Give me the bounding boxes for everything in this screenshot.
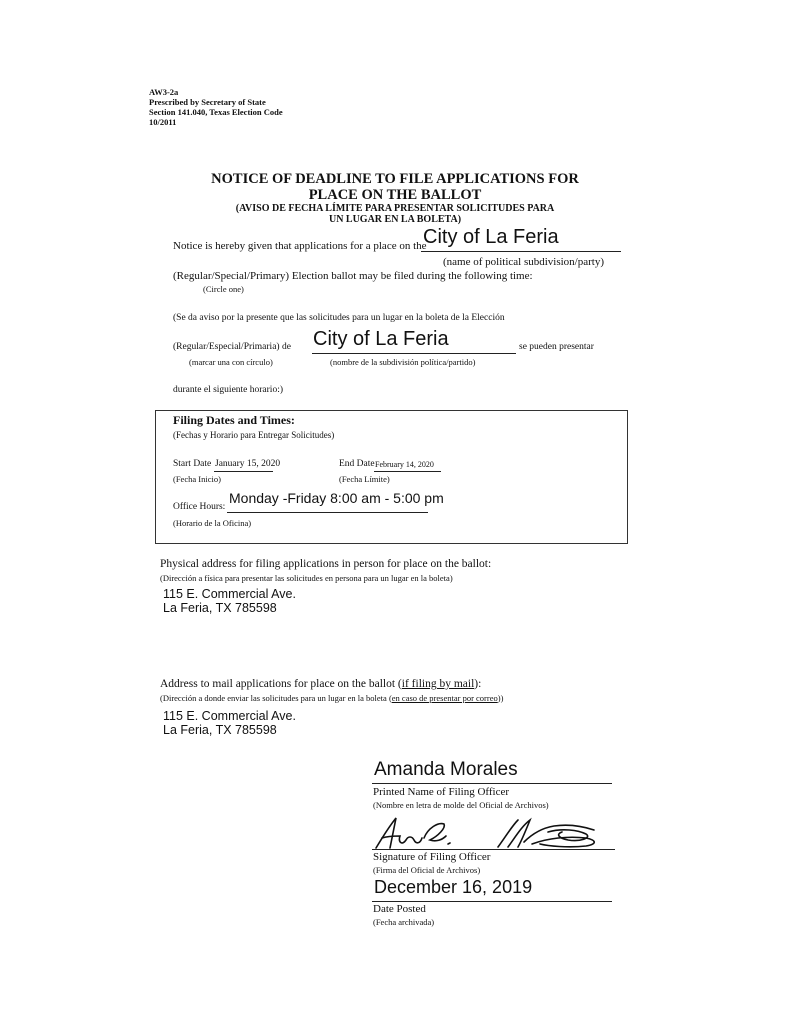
notice-es-intro: (Se da aviso por la presente que las sol… (173, 313, 505, 323)
physical-address-line1: 115 E. Commercial Ave. (163, 587, 296, 601)
mail-address-heading-es-prefix: (Dirección a donde enviar las solicitude… (160, 693, 392, 703)
start-date-value[interactable]: January 15, 2020 (215, 459, 280, 469)
signature-line (372, 849, 615, 850)
date-posted-label-es: (Fecha archivada) (373, 917, 434, 927)
mail-address-heading-prefix: Address to mail applications for place o… (160, 678, 402, 690)
physical-address-heading: Physical address for filing applications… (160, 558, 491, 570)
subdivision-field-value[interactable]: City of La Feria (423, 226, 559, 249)
officer-signature (372, 814, 612, 850)
officer-name-label: Printed Name of Filing Officer (373, 786, 509, 798)
start-date-caption: (Fecha Inicio) (173, 474, 221, 484)
end-date-line (374, 471, 441, 472)
mail-address-heading-es-suffix: )) (498, 693, 504, 703)
form-section: Section 141.040, Texas Election Code (149, 107, 283, 117)
document-title-line2: PLACE ON THE BALLOT (160, 187, 630, 204)
form-revision-date: 10/2011 (149, 117, 283, 127)
end-date-value[interactable]: February 14, 2020 (375, 460, 434, 469)
election-type-line: (Regular/Special/Primary) Election ballo… (173, 270, 533, 282)
subdivision-es-field-line (312, 353, 516, 354)
subdivision-es-field-value[interactable]: City of La Feria (313, 328, 449, 351)
office-hours-caption: (Horario de la Oficina) (173, 518, 251, 528)
mail-address-line2: La Feria, TX 785598 (163, 723, 277, 737)
document-subtitle-es-line2: UN LUGAR EN LA BOLETA) (160, 214, 630, 225)
mail-address-heading-es: (Dirección a donde enviar las solicitude… (160, 693, 503, 703)
mail-address-heading: Address to mail applications for place o… (160, 678, 481, 690)
office-hours-label: Office Hours: (173, 502, 225, 512)
circle-caption-es: (marcar una con círculo) (189, 357, 273, 367)
mail-address-line1: 115 E. Commercial Ave. (163, 709, 296, 723)
start-date-label: Start Date (173, 459, 211, 469)
circle-one-caption: (Circle one) (203, 284, 244, 294)
date-posted-label: Date Posted (373, 903, 426, 915)
subdivision-field-line (421, 251, 621, 252)
form-metadata: AW3-2a Prescribed by Secretary of State … (149, 87, 283, 127)
filing-heading-es: (Fechas y Horario para Entregar Solicitu… (173, 430, 334, 440)
physical-address-line2: La Feria, TX 785598 (163, 601, 277, 615)
notice-es-suffix: se pueden presentar (519, 342, 594, 352)
subdivision-caption: (name of political subdivision/party) (443, 256, 604, 268)
end-date-caption: (Fecha Límite) (339, 474, 390, 484)
date-posted-line (372, 901, 612, 902)
document-title-line1: NOTICE OF DEADLINE TO FILE APPLICATIONS … (160, 171, 630, 188)
officer-name-line (372, 783, 612, 784)
signature-label: Signature of Filing Officer (373, 851, 490, 863)
subdivision-caption-es: (nombre de la subdivisión política/parti… (330, 357, 475, 367)
start-date-line (214, 471, 273, 472)
form-prescribed: Prescribed by Secretary of State (149, 97, 283, 107)
end-date-label: End Date (339, 459, 375, 469)
notice-intro: Notice is hereby given that applications… (173, 240, 427, 252)
document-subtitle-es-line1: (AVISO DE FECHA LÍMITE PARA PRESENTAR SO… (160, 203, 630, 214)
filing-heading: Filing Dates and Times: (173, 413, 295, 428)
office-hours-value[interactable]: Monday -Friday 8:00 am - 5:00 pm (229, 490, 444, 506)
date-posted-value[interactable]: December 16, 2019 (374, 877, 532, 898)
signature-label-es: (Firma del Oficial de Archivos) (373, 865, 480, 875)
office-hours-line (227, 512, 428, 513)
signature-scribble-icon (372, 814, 612, 850)
officer-name-value[interactable]: Amanda Morales (374, 759, 518, 781)
notice-es-type-prefix: (Regular/Especial/Primaria) de (173, 342, 291, 352)
notice-es-closing: durante el siguiente horario:) (173, 385, 283, 395)
officer-name-label-es: (Nombre en letra de molde del Oficial de… (373, 800, 549, 810)
mail-address-heading-suffix: ): (474, 678, 481, 690)
mail-address-heading-es-underlined: en caso de presentar por correo (392, 693, 498, 703)
mail-address-heading-underlined: if filing by mail (402, 678, 475, 690)
form-code: AW3-2a (149, 87, 283, 97)
physical-address-heading-es: (Dirección a física para presentar las s… (160, 573, 453, 583)
